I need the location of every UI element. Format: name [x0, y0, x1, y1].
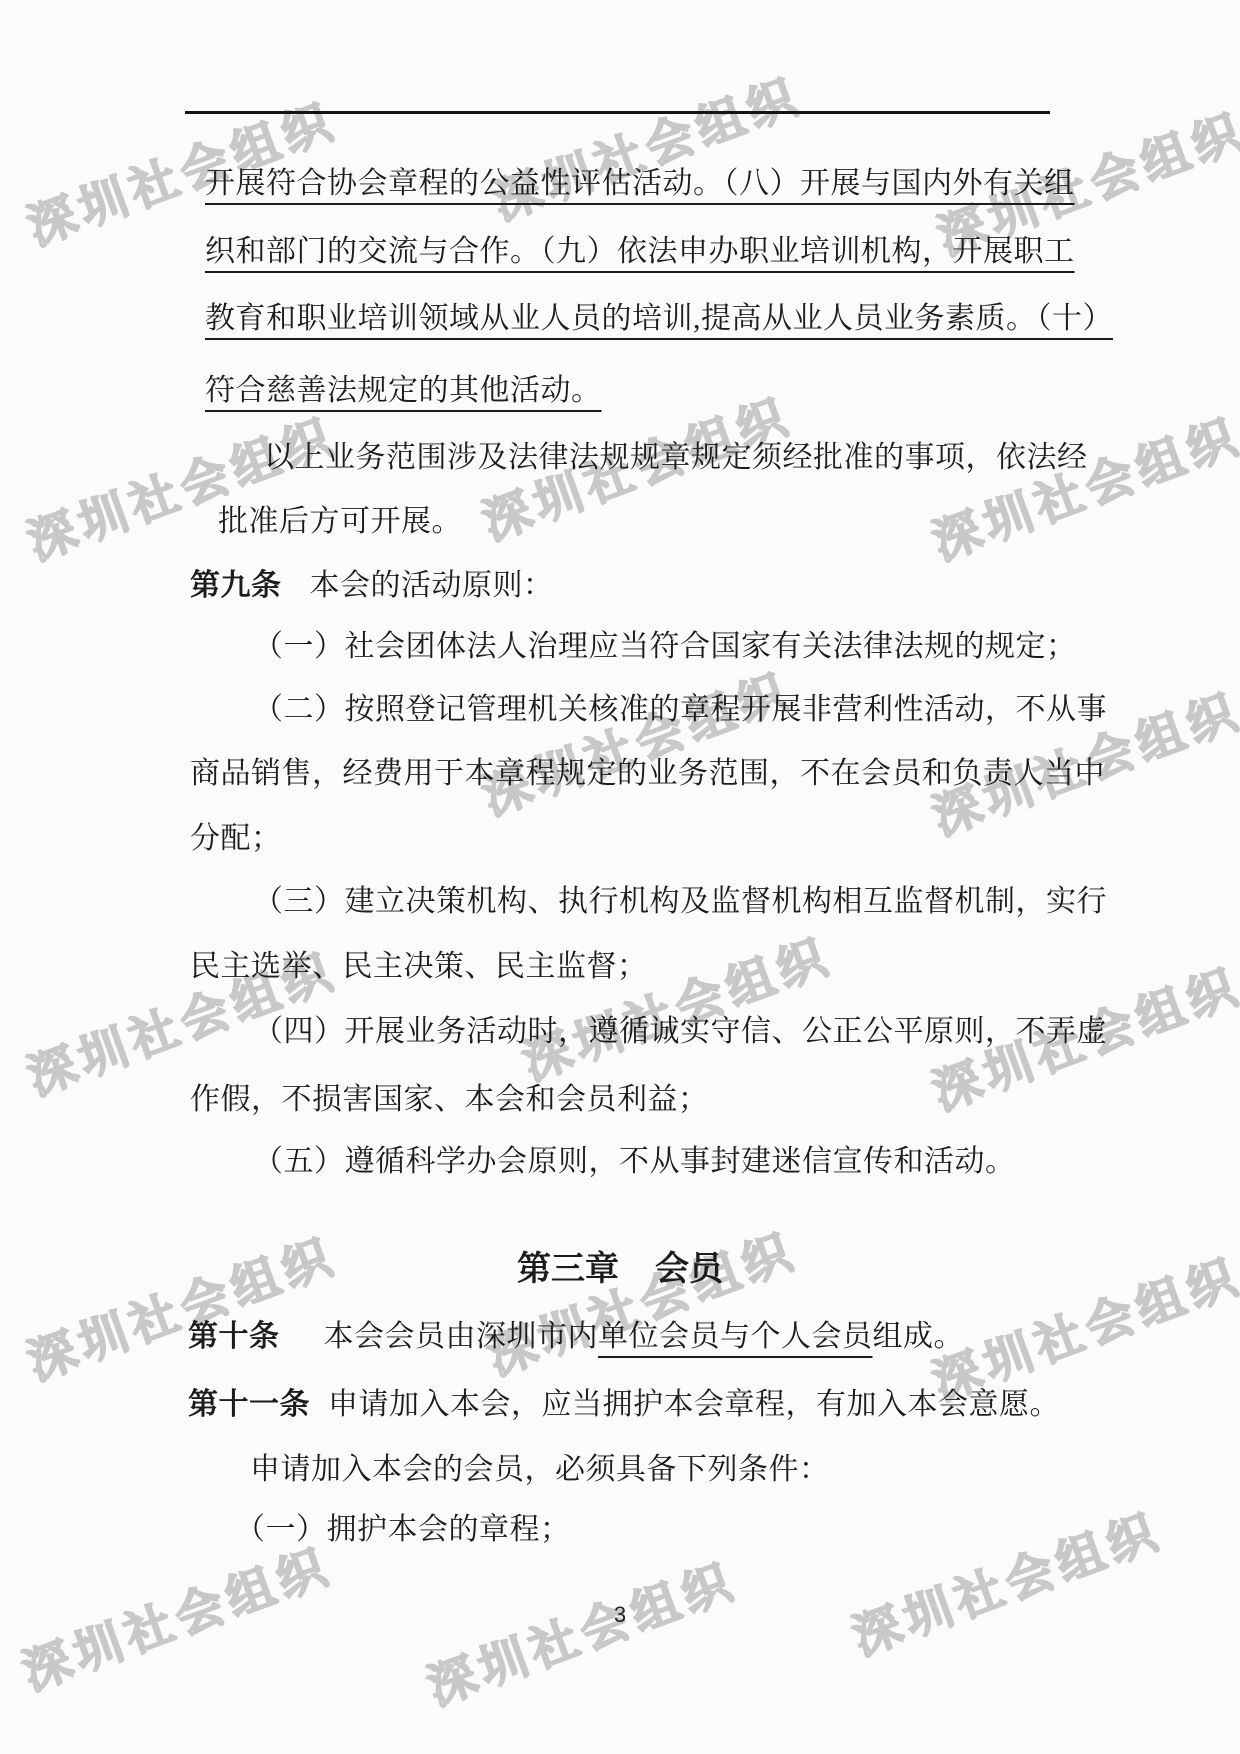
- watermark-text: 深圳社会组织: [486, 71, 808, 229]
- business-scope-line-1: 开展符合协会章程的公益性评估活动。（八）开展与国内外有关组: [205, 166, 1075, 202]
- principle-line-4: 分配；: [190, 821, 282, 857]
- article-11-label: 第十一条: [188, 1388, 310, 1421]
- principle-line-1: （一）社会团体法人治理应当符合国家有关法律法规的规定；: [253, 629, 1077, 665]
- principle-line-5: （三）建立决策机构、执行机构及监督机构相互监督机制，实行: [253, 884, 1107, 920]
- article-9-label: 第九条: [190, 569, 282, 602]
- article-10-label: 第十条: [188, 1320, 280, 1353]
- label-spacer: [280, 1345, 324, 1346]
- watermark-text: 深圳社会组织: [846, 1506, 1168, 1664]
- membership-intro-line: 申请加入本会的会员，必须具备下列条件：: [250, 1452, 830, 1488]
- article-10-line: 第十条本会会员由深圳市内单位会员与个人会员组成。: [188, 1319, 964, 1355]
- chapter-label: 第三章: [517, 1251, 619, 1288]
- article-9-text: 本会的活动原则：: [310, 569, 554, 602]
- header-rule: [185, 111, 1050, 114]
- chapter-heading: 第三章会员: [0, 1251, 1240, 1289]
- business-scope-line-3: 教育和职业培训领域从业人员的培训,提高从业人员业务素质。（十）: [205, 301, 1113, 337]
- article-11-line: 第十一条申请加入本会，应当拥护本会章程，有加入本会意愿。: [188, 1387, 1060, 1423]
- article-9-line: 第九条本会的活动原则：: [190, 568, 554, 604]
- membership-condition-1-line: （一）拥护本会的章程；: [235, 1512, 571, 1548]
- article-10-underlined-text: 单位会员与个人会员: [598, 1320, 873, 1353]
- watermark-text: 深圳社会组织: [481, 1226, 803, 1384]
- article-10-suffix: 组成。: [873, 1320, 965, 1353]
- approval-note-line-1: 以上业务范围涉及法律法规规章规定须经批准的事项，依法经: [264, 440, 1088, 476]
- label-spacer: [282, 594, 310, 595]
- watermark-text: 深圳社会组织: [421, 1556, 743, 1714]
- chapter-title: 会员: [655, 1251, 723, 1288]
- watermark-text: 深圳社会组织: [21, 411, 343, 569]
- business-scope-line-2: 织和部门的交流与合作。（九）依法申办职业培训机构，开展职工: [205, 234, 1075, 270]
- principle-line-9: （五）遵循科学办会原则，不从事封建迷信宣传和活动。: [253, 1144, 1016, 1180]
- principle-line-7: （四）开展业务活动时，遵循诚实守信、公正公平原则，不弄虚: [253, 1014, 1107, 1050]
- watermark-text: 深圳社会组织: [926, 411, 1240, 569]
- heading-spacer: [619, 1279, 655, 1280]
- label-spacer: [310, 1413, 328, 1414]
- principle-line-8: 作假，不损害国家、本会和会员利益；: [190, 1082, 709, 1118]
- page-number: 3: [0, 1602, 1240, 1628]
- principle-line-6: 民主选举、民主决策、民主监督；: [190, 949, 648, 985]
- article-10-prefix: 本会会员由深圳市内: [324, 1320, 599, 1353]
- watermark-text: 深圳社会组织: [476, 666, 798, 824]
- principle-line-2: （二）按照登记管理机关核准的章程开展非营利性活动，不从事: [253, 692, 1107, 728]
- article-11-text: 申请加入本会，应当拥护本会章程，有加入本会意愿。: [328, 1388, 1060, 1421]
- approval-note-line-2: 批准后方可开展。: [218, 504, 462, 540]
- principle-line-3: 商品销售，经费用于本章程规定的业务范围，不在会员和负责人当中: [190, 756, 1105, 792]
- document-page: 深圳社会组织 深圳社会组织 深圳社会组织 深圳社会组织 深圳社会组织 深圳社会组…: [0, 0, 1240, 1754]
- business-scope-line-4: 符合慈善法规定的其他活动。: [205, 373, 602, 409]
